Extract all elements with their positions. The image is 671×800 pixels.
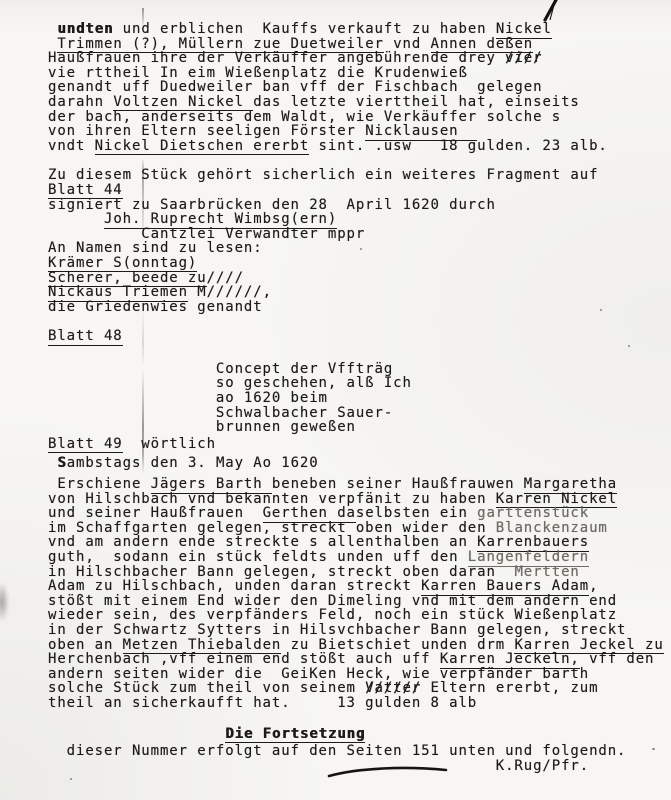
text-line: Blatt 48 — [48, 329, 671, 344]
text-line: ao 1620 beim — [48, 391, 671, 406]
text-segment: ao 1620 beim — [48, 390, 328, 406]
text-segment: von Hilschbach vnd bekannten verpfänit z… — [48, 491, 496, 507]
text-segment: brunnen geweßen — [48, 419, 356, 435]
text-line: im Schaffgarten gelegen, streckt oben wi… — [48, 521, 671, 536]
text-segment: der bach, anderseits dem Waldt, wie Verk… — [48, 109, 561, 125]
text-segment: oben an — [48, 637, 123, 653]
text-segment: Adam zu Hilschbach, unden daran streckt — [48, 578, 421, 594]
text-line: von ihren Eltern seeligen Förster Nickla… — [48, 124, 671, 139]
text-line: genandt uff Duedweiler ban vff der Fisch… — [48, 80, 671, 95]
text-segment: genandt uff Duedweiler ban vff der Fisch… — [48, 79, 542, 95]
text-segment: sint. .usw 18 gulden. 23 alb. — [309, 138, 608, 154]
underlined-text: Blatt 49 — [48, 436, 123, 454]
text-line: signiert zu Saarbrücken den 28 April 162… — [48, 198, 671, 213]
text-segment: vndt — [48, 138, 95, 154]
text-segment: Herchenbach ,vff einem end stößt auch uf… — [48, 651, 440, 667]
text-segment: Erschiene — [48, 476, 151, 492]
text-line: Blatt 44 — [48, 183, 671, 198]
text-line: undten und erblichen Kauffs verkauft zu … — [48, 22, 671, 37]
text-segment: wieder sein, des verpfänders Feld, noch … — [48, 607, 617, 623]
text-segment: in Hilschbacher Bann gelegen, streckt ob… — [48, 564, 514, 580]
text-segment: selbsten ein — [356, 505, 477, 521]
text-segment: garttenstück — [477, 505, 589, 521]
text-segment: Eltern ererbt, zum — [421, 680, 598, 696]
text-segment: , — [589, 578, 598, 594]
text-segment: Cantzlei Verwandter mppr — [48, 226, 365, 242]
text-line: Scherer, beede zu//// — [48, 271, 671, 286]
text-segment: die Griedenwies genandt — [48, 299, 263, 315]
text-segment: wörtlich — [123, 436, 216, 452]
text-segment: Mertten — [514, 564, 579, 580]
text-segment: ambstags den 3. May Ao 1620 — [67, 455, 319, 471]
text-line: Haußfrauen ihre der Verkäuffer angebühre… — [48, 51, 671, 66]
text-line: brunnen geweßen — [48, 420, 671, 435]
overstrike-slashes: //// — [505, 50, 542, 66]
text-line: vndt Nickel Dietschen ererbt sint. .usw … — [48, 139, 671, 154]
text-line: dieser Nummer erfolgt auf den Seiten 151… — [48, 744, 671, 759]
text-segment: solche Stück zum theil von seinem — [48, 680, 365, 696]
text-line: solche Stück zum theil von seinem Vatter… — [48, 681, 671, 696]
text-line: Die Fortsetzung — [48, 727, 671, 742]
text-line: darahn Voltzen Nickel das letzte viertth… — [48, 95, 671, 110]
text-segment: K.Rug/Pfr. — [48, 758, 589, 774]
text-segment: stößt mit einem End wider den Dimeling v… — [48, 593, 617, 609]
text-segment: Schwalbacher Sauer- — [48, 405, 393, 421]
text-segment: theil an sicherkaufft hat. 13 gulden 8 a… — [48, 695, 477, 711]
text-line: An Namen sind zu lesen: — [48, 241, 671, 256]
text-line: oben an Metzen Thiebalden zu Bietschiet … — [48, 638, 671, 653]
text-line: Krämer S(onntag) — [48, 256, 671, 271]
text-segment: darahn — [48, 94, 113, 110]
text-segment: S — [57, 455, 66, 471]
text-line: Blatt 49 wörtlich — [48, 437, 671, 452]
text-line: vnd am andern ende streckte s allenthalb… — [48, 535, 671, 550]
underlined-text: Blatt 48 — [48, 328, 123, 346]
text-line: von Hilschbach vnd bekannten verpfänit z… — [48, 492, 671, 507]
text-segment: vie rttheil In eim Wießenplatz die Krude… — [48, 65, 468, 81]
text-segment: An Namen sind zu lesen: — [48, 240, 263, 256]
text-segment: Zu diesem Stück gehört sicherlich ein we… — [48, 167, 598, 183]
text-segment: M//////, — [188, 284, 272, 300]
text-segment — [48, 726, 225, 742]
text-line: Sambstags den 3. May Ao 1620 — [48, 456, 671, 471]
document-body: undten und erblichen Kauffs verkauft zu … — [0, 0, 671, 800]
text-segment: so geschehen, alß Ich — [48, 375, 412, 391]
text-line: theil an sicherkaufft hat. 13 gulden 8 a… — [48, 696, 671, 711]
text-segment — [48, 21, 57, 37]
text-segment: von ihren Eltern seeligen Förster — [48, 123, 365, 139]
text-line: stößt mit einem End wider den Dimeling v… — [48, 594, 671, 609]
text-line: K.Rug/Pfr. — [48, 759, 671, 774]
scanned-document-page: { "page": { "width": 671, "height": 800,… — [0, 0, 671, 800]
text-line: guth, sodann ein stück feldts unden uff … — [48, 550, 671, 565]
text-line: Schwalbacher Sauer- — [48, 406, 671, 421]
text-segment: dieser Nummer erfolgt auf den Seiten 151… — [48, 743, 626, 759]
text-line: andern seiten wider die GeiKen Heck, wie… — [48, 667, 671, 682]
underlined-text: Die Fortsetzung — [225, 726, 365, 744]
text-line: Erschiene Jägers Barth beneben seiner Ha… — [48, 477, 671, 492]
text-line: der bach, anderseits dem Waldt, wie Verk… — [48, 110, 671, 125]
text-line: wieder sein, des verpfänders Feld, noch … — [48, 608, 671, 623]
text-line: vie rttheil In eim Wießenplatz die Krude… — [48, 66, 671, 81]
text-segment: in der Schwartz Sytters in Hilsvchbacher… — [48, 622, 626, 638]
text-segment: im Schaffgarten gelegen, streckt oben wi… — [48, 520, 496, 536]
text-segment — [48, 36, 57, 52]
text-segment: und seiner Haußfrauen — [48, 505, 263, 521]
text-segment: Haußfrauen ihre der Verkäuffer angebühre… — [48, 50, 505, 66]
text-line: Herchenbach ,vff einem end stößt auch uf… — [48, 652, 671, 667]
text-line: in der Schwartz Sytters in Hilsvchbacher… — [48, 623, 671, 638]
text-line: in Hilschbacher Bann gelegen, streckt ob… — [48, 565, 671, 580]
underlined-text: Nickel Dietschen ererbt — [95, 138, 310, 156]
text-segment — [48, 211, 104, 227]
text-segment: vnd — [384, 36, 431, 52]
text-segment: und erblichen Kauffs verkauft zu haben — [113, 21, 495, 37]
text-line: Joh. Ruprecht Wimbsg(ern) — [48, 212, 671, 227]
text-segment: signiert zu Saarbrücken den 28 April 162… — [48, 197, 496, 213]
text-line: Concept der Vffträg — [48, 362, 671, 377]
text-segment: vnd am andern ende streckte s allenthalb… — [48, 534, 477, 550]
text-line: so geschehen, alß Ich — [48, 376, 671, 391]
text-line: die Griedenwies genandt — [48, 300, 671, 315]
text-segment: das letzte vierttheil hat, einseits — [253, 94, 580, 110]
text-line: Cantzlei Verwandter mppr — [48, 227, 671, 242]
text-segment: Concept der Vffträg — [48, 361, 393, 377]
text-segment: undten — [57, 21, 113, 37]
text-segment: beneben seiner Haußfrauwen — [272, 476, 524, 492]
text-segment: Blanckenzaum — [496, 520, 608, 536]
text-line: Trimmen (?), Müllern zue Duetweiler vnd … — [48, 37, 671, 52]
text-line: und seiner Haußfrauen Gerthen daselbsten… — [48, 506, 671, 521]
text-segment: zu Bietschiet unden drm — [281, 637, 514, 653]
overstrike-slashes: ////// — [365, 680, 421, 696]
text-segment: guth, sodann ein stück feldts unden uff … — [48, 549, 468, 565]
text-segment: //// — [207, 270, 244, 286]
text-line: Zu diesem Stück gehört sicherlich ein we… — [48, 168, 671, 183]
text-segment: vff den — [580, 651, 655, 667]
text-segment — [48, 455, 57, 471]
text-line: Adam zu Hilschbach, unden daran streckt … — [48, 579, 671, 594]
text-line: Nickaus Triemen M//////, — [48, 285, 671, 300]
text-segment: andern seiten wider die GeiKen Heck, wie… — [48, 666, 589, 682]
